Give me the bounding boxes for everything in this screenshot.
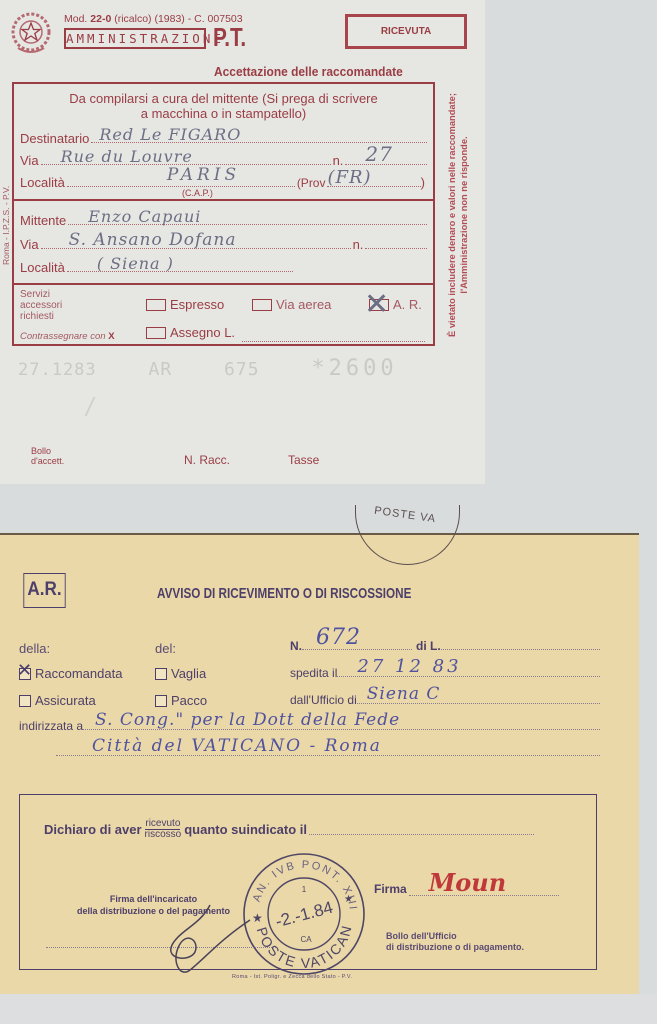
sender-street-field[interactable]: S. Ansano Dofana: [41, 237, 351, 249]
sender-street-label: Via: [20, 237, 41, 252]
background-strip: [0, 994, 657, 1024]
province-close-paren: ): [421, 175, 427, 190]
checkbox-box[interactable]: [146, 327, 166, 339]
recipient-province-value: (FR): [327, 167, 371, 188]
checkbox-box[interactable]: [19, 695, 31, 707]
checkbox-box[interactable]: [155, 668, 167, 680]
administration-label: AMMINISTRAZIONE: [64, 28, 206, 49]
office-field[interactable]: Siena C: [357, 694, 600, 704]
assegno-amount-field[interactable]: [242, 332, 425, 342]
service-via-aerea-checkbox[interactable]: Via aerea: [252, 297, 331, 312]
fraction-riscosso: riscosso: [145, 830, 182, 840]
recipient-number-label: n.: [331, 153, 346, 168]
tasse-label: Tasse: [288, 453, 319, 467]
addressed-value: S. Cong." per la Dott della Fede: [95, 710, 400, 730]
model-prefix: Mod.: [64, 13, 90, 25]
sender-number-label: n.: [351, 237, 366, 252]
signature-value: Moun: [429, 868, 506, 897]
recipient-number-field[interactable]: 27: [345, 153, 427, 165]
instructions-line-2: a macchina o in stampatello): [14, 106, 433, 121]
handwritten-x-mark-icon: ✕: [364, 290, 389, 320]
della-label: della:: [19, 641, 50, 656]
recipient-name-label: Destinatario: [20, 131, 91, 146]
amount-label: di L.: [412, 639, 441, 653]
type-vaglia-checkbox[interactable]: Vaglia: [155, 666, 206, 681]
office-label: dall'Ufficio di: [290, 693, 357, 707]
postmark-bottom-code: CA: [300, 935, 312, 944]
declaration-text: Dichiaro di aver ricevuto riscosso quant…: [44, 819, 534, 840]
address-line-2-row[interactable]: Città del VATICANO - Roma: [56, 739, 600, 759]
form-instructions: Da compilarsi a cura del mittente (Si pr…: [14, 91, 433, 121]
recipient-locality-field[interactable]: PARIS: [67, 175, 295, 187]
ar-badge: A.R.: [23, 573, 65, 608]
sender-name-field[interactable]: Enzo Capaui: [68, 213, 427, 225]
amount-field[interactable]: [441, 640, 600, 650]
receipt-form: Da compilarsi a cura del mittente (Si pr…: [12, 82, 435, 346]
ricevuta-label: RICEVUTA: [345, 14, 467, 49]
faint-mark: /: [86, 392, 93, 423]
sender-locality-label: Località: [20, 260, 67, 275]
type-assicurata-label: Assicurata: [35, 693, 96, 708]
service-via-aerea-label: Via aerea: [276, 297, 331, 312]
recipient-locality-label: Località: [20, 175, 67, 190]
declaration-date-field[interactable]: [309, 825, 534, 835]
checkbox-box-checked[interactable]: ✕: [369, 299, 389, 311]
type-pacco-checkbox[interactable]: Pacco: [155, 693, 207, 708]
checkbox-box[interactable]: [155, 695, 167, 707]
signature-field[interactable]: Moun: [409, 886, 559, 896]
side-warning-text: È vietato includere denaro e valori nell…: [446, 80, 470, 350]
sent-date-row[interactable]: spedita il 27 12 83: [290, 660, 600, 680]
side-warning: È vietato includere denaro e valori nell…: [436, 80, 476, 350]
office-stamp-label: Bollo dell'Ufficio di distribuzione o di…: [386, 931, 524, 953]
type-pacco-label: Pacco: [171, 693, 207, 708]
ar-card-title: AVVISO DI RICEVIMENTO O DI RISCOSSIONE: [157, 585, 411, 602]
number-amount-row[interactable]: N. 672 di L.: [290, 633, 600, 653]
sender-name-value: Enzo Capaui: [88, 207, 201, 226]
services-label-line-1: Servizi: [20, 289, 62, 300]
declaration-box: Dichiaro di aver ricevuto riscosso quant…: [19, 794, 597, 970]
printer-credit: Roma - Ist. Poligr. e Zecca dello Stato …: [232, 974, 352, 980]
handwritten-x-mark-icon: ✕: [17, 660, 32, 681]
handwritten-signature-scrawl-icon: [150, 900, 290, 980]
recipient-province-label: (Prov: [295, 176, 328, 190]
recipient-section: Da compilarsi a cura del mittente (Si pr…: [14, 84, 433, 201]
instructions-line-1: Da compilarsi a cura del mittente (Si pr…: [14, 91, 433, 106]
sender-name-row[interactable]: Mittente Enzo Capaui: [20, 210, 427, 228]
service-assegno-checkbox[interactable]: Assegno L.: [146, 325, 235, 340]
postmark-top-num: 1: [302, 885, 307, 894]
postal-code-label: (C.A.P.): [182, 188, 213, 198]
sent-date-value: 27 12 83: [357, 656, 461, 677]
recipient-street-field[interactable]: Rue du Louvre: [41, 153, 331, 165]
recipient-province-field[interactable]: (FR): [327, 175, 420, 187]
sender-section: Mittente Enzo Capaui Via S. Ansano Dofan…: [14, 201, 433, 285]
address-line-2-field[interactable]: Città del VATICANO - Roma: [56, 746, 600, 756]
office-stamp-line-2: di distribuzione o di pagamento.: [386, 942, 524, 953]
machine-imprint: 27.1283 AR 675 *2600: [18, 356, 438, 381]
number-field[interactable]: 672: [302, 640, 412, 650]
service-assegno-label: Assegno L.: [170, 325, 235, 340]
declaration-suffix: quanto suindicato il: [184, 822, 307, 837]
addressed-row[interactable]: indirizzata a S. Cong." per la Dott dell…: [19, 713, 600, 733]
services-label-line-3: richiesti: [20, 311, 62, 322]
addressed-field[interactable]: S. Cong." per la Dott della Fede: [83, 720, 600, 730]
recipient-locality-value: PARIS: [167, 165, 240, 185]
sender-name-label: Mittente: [20, 213, 68, 228]
side-warning-line-1: È vietato includere denaro e valori nell…: [446, 80, 458, 350]
checkbox-box-checked[interactable]: ✕: [19, 668, 31, 680]
svg-text:★: ★: [344, 894, 353, 905]
services-label-line-2: accessori: [20, 300, 62, 311]
sender-number-field[interactable]: [365, 237, 427, 249]
recipient-locality-row[interactable]: Località PARIS (Prov (FR) ): [20, 172, 427, 190]
imprint-code: AR: [149, 359, 173, 380]
address-line-2-value: Città del VATICANO - Roma: [92, 736, 382, 756]
signature-label: Firma: [374, 882, 407, 896]
sender-street-row[interactable]: Via S. Ansano Dofana n.: [20, 234, 427, 252]
sent-date-field[interactable]: 27 12 83: [337, 667, 600, 677]
number-label: N.: [290, 639, 302, 653]
checkbox-box[interactable]: [146, 299, 166, 311]
printer-credit-vertical: Roma - I.P.Z.S. - P.V.: [0, 155, 12, 265]
receipt-title: Accettazione delle raccomandate: [214, 64, 403, 79]
imprint-date: 27.1283: [18, 360, 97, 380]
office-value: Siena C: [367, 684, 441, 704]
service-espresso-checkbox[interactable]: Espresso: [146, 297, 224, 312]
postmark-top-text: POSTE VA: [373, 505, 436, 525]
declaration-prefix: Dichiaro di aver: [44, 822, 142, 837]
services-label: Servizi accessori richiesti: [20, 289, 62, 322]
recipient-number-value: 27: [365, 142, 392, 166]
sent-date-label: spedita il: [290, 666, 337, 680]
imprint-number: 675: [224, 359, 260, 380]
bollo-line-2: d'accett.: [31, 456, 64, 466]
postmark-partial-top: POSTE VA: [355, 505, 460, 565]
office-row[interactable]: dall'Ufficio di Siena C: [290, 687, 600, 707]
checkbox-box[interactable]: [252, 299, 272, 311]
italian-republic-emblem-icon: [10, 10, 52, 56]
sender-street-value: S. Ansano Dofana: [69, 230, 237, 250]
model-number: 22-0: [90, 13, 111, 25]
service-ar-label: A. R.: [393, 297, 422, 312]
bollo-line-1: Bollo: [31, 446, 64, 456]
mark-hint: Contrassegnare con X: [20, 331, 115, 342]
type-assicurata-checkbox[interactable]: Assicurata: [19, 693, 96, 708]
mark-hint-text: Contrassegnare con: [20, 331, 106, 342]
recipient-name-value: Red Le FIGARO: [99, 125, 241, 144]
mark-hint-symbol: X: [108, 331, 114, 342]
service-espresso-label: Espresso: [170, 297, 224, 312]
registered-mail-receipt: Mod. 22-0 (ricalco) (1983) - C. 007503 A…: [0, 0, 485, 484]
bollo-accettazione-label: Bollo d'accett.: [31, 446, 64, 466]
imprint-amount: *2600: [311, 356, 397, 381]
sender-locality-field[interactable]: ( Siena ): [67, 260, 293, 272]
del-label: del:: [155, 641, 176, 656]
sender-locality-value: ( Siena ): [97, 254, 174, 273]
return-receipt-card: POSTE VA A.R. AVVISO DI RICEVIMENTO O DI…: [0, 533, 639, 994]
recipient-street-value: Rue du Louvre: [61, 147, 193, 166]
pt-logo: P.T.: [213, 22, 246, 53]
addressed-label: indirizzata a: [19, 719, 83, 733]
signature-row[interactable]: Firma Moun: [374, 882, 559, 896]
type-raccomandata-label: Raccomandata: [35, 666, 122, 681]
printer-credit-text: Roma - I.P.Z.S. - P.V.: [1, 155, 11, 265]
received-collected-fraction: ricevuto riscosso: [145, 819, 182, 840]
office-stamp-line-1: Bollo dell'Ufficio: [386, 931, 524, 942]
sender-locality-row[interactable]: Località ( Siena ): [20, 257, 293, 275]
recipient-street-label: Via: [20, 153, 41, 168]
type-vaglia-label: Vaglia: [171, 666, 206, 681]
n-racc-label: N. Racc.: [184, 453, 230, 467]
side-warning-line-2: l'Amministrazione non ne risponde.: [458, 80, 470, 350]
type-raccomandata-checkbox[interactable]: ✕ Raccomandata: [19, 666, 122, 681]
service-ar-checkbox[interactable]: ✕ A. R.: [369, 297, 422, 312]
services-section: Servizi accessori richiesti Contrassegna…: [14, 285, 433, 344]
number-value: 672: [316, 625, 361, 650]
